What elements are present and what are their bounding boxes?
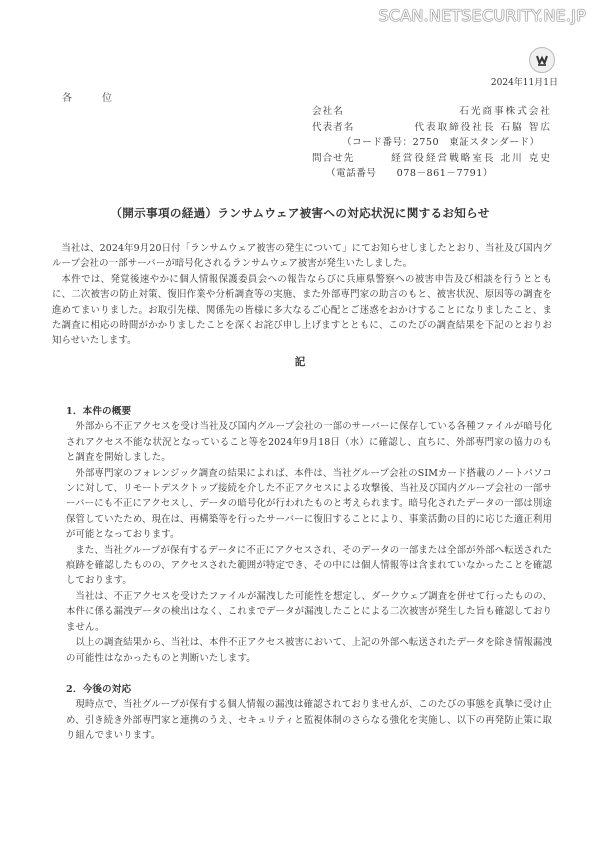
contact-row: 問合せ先 経営役経営戦略室長 北川 克史	[312, 151, 552, 167]
document-date: 2024年11月1日	[491, 75, 558, 88]
phone-line: （電話番号 078－861－7791）	[312, 166, 552, 182]
addressee: 各位	[62, 89, 142, 104]
section-paragraph: 以上の調査結果から、当社は、本件不正アクセス被害において、上記の外部へ転送された…	[66, 635, 552, 666]
document-title: （開示事項の経過）ランサムウェア被害への対応状況に関するお知らせ	[0, 205, 600, 221]
representative-row: 代表者名 代表取締役社長 石脇 智広	[312, 120, 552, 136]
section-paragraph: 現時点で、当社グループが保有する個人情報の漏洩は確認されておりませんが、このたび…	[66, 697, 552, 743]
section-overview: 1．本件の概要 外部から不正アクセスを受け当社及び国内グループ会社の一部のサーバ…	[66, 404, 552, 666]
representative-value: 代表取締役社長 石脇 智広	[367, 120, 552, 136]
section-future-response: 2．今後の対応 現時点で、当社グループが保有する個人情報の漏洩は確認されておりま…	[66, 682, 552, 744]
section-paragraph: また、当社グループが保有するデータに不正にアクセスされ、そのデータの一部または全…	[66, 543, 552, 589]
contact-label: 問合せ先	[312, 151, 367, 167]
stock-code-line: （コード番号：2750 東証スタンダード）	[312, 135, 552, 151]
section-heading: 2．今後の対応	[66, 682, 552, 697]
intro-section: 当社は、2024年9月20日付「ランサムウェア被害の発生について」にてお知らせし…	[52, 241, 552, 349]
section-heading: 1．本件の概要	[66, 404, 552, 419]
section-paragraph: 当社は、不正アクセスを受けたファイルが漏洩した可能性を想定し、ダークウェブ調査を…	[66, 589, 552, 635]
company-info-block: 会社名 石光商事株式会社 代表者名 代表取締役社長 石脇 智広 （コード番号：2…	[312, 104, 552, 182]
company-name-row: 会社名 石光商事株式会社	[312, 104, 552, 120]
representative-label: 代表者名	[312, 120, 367, 136]
ki-heading: 記	[0, 354, 600, 369]
company-name-value: 石光商事株式会社	[367, 104, 552, 120]
intro-paragraph: 本件では、発覚後速やかに個人情報保護委員会への報告ならびに兵庫県警察への被害申告…	[52, 272, 552, 349]
company-name-label: 会社名	[312, 104, 367, 120]
emblem-leaf-icon	[533, 51, 551, 69]
company-emblem-icon	[529, 47, 555, 73]
contact-value: 経営役経営戦略室長 北川 克史	[367, 151, 552, 167]
intro-paragraph: 当社は、2024年9月20日付「ランサムウェア被害の発生について」にてお知らせし…	[52, 241, 552, 272]
site-watermark: SCAN.NETSECURITY.NE.JP	[379, 6, 587, 25]
section-paragraph: 外部から不正アクセスを受け当社及び国内グループ会社の一部のサーバーに保存している…	[66, 419, 552, 465]
section-paragraph: 外部専門家のフォレンジック調査の結果によれば、本件は、当社グループ会社のSIMカ…	[66, 466, 552, 543]
